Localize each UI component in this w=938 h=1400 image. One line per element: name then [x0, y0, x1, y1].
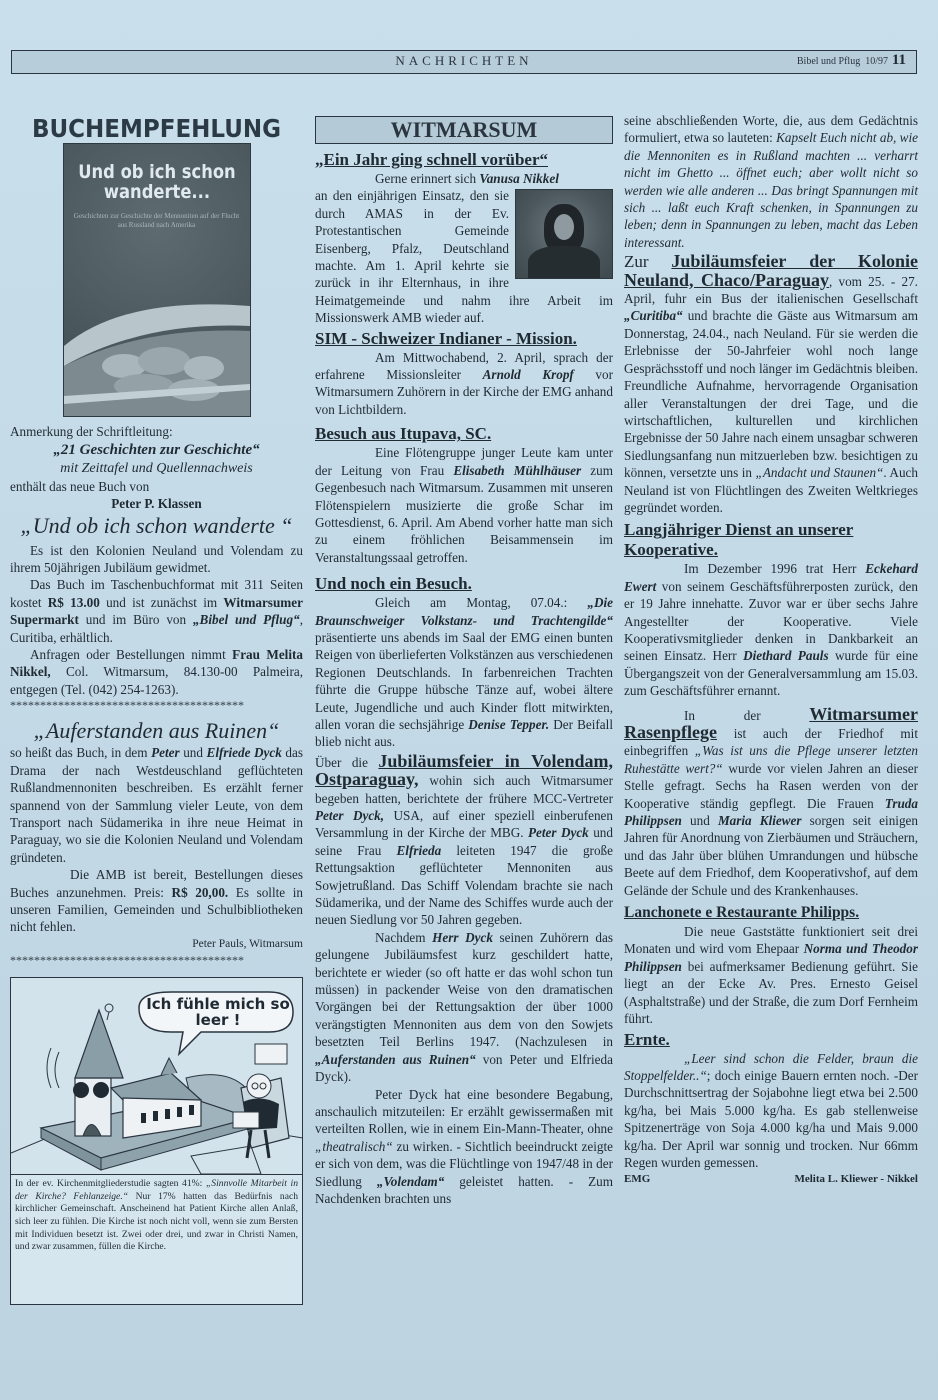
article-heading: „Ein Jahr ging schnell vorüber“	[315, 150, 613, 170]
signature-left: EMG	[624, 1171, 650, 1188]
article-paragraph: seine abschließenden Worte, die, aus dem…	[624, 112, 918, 251]
article-heading: Besuch aus Itupava, SC.	[315, 424, 613, 444]
signature-right: Melita L. Kliewer - Nikkel	[794, 1171, 918, 1188]
article-paragraph: Eine Flötengruppe junger Leute kam unter…	[315, 444, 613, 566]
book-paragraph: Anfragen oder Bestellungen nimmt Frau Me…	[10, 646, 303, 698]
book-paragraph: Es ist den Kolonien Neuland und Volendam…	[10, 542, 303, 577]
divider-stars: ***************************************	[10, 698, 303, 712]
book-paragraph: Das Buch im Taschenbuchformat mit 311 Se…	[10, 576, 303, 646]
cover-title: Und ob ich schonwanderte...	[77, 162, 237, 202]
divider-stars: ***************************************	[10, 953, 303, 967]
column-left: BUCHEMPFEHLUNG Und ob ich schonwanderte.…	[10, 112, 303, 1305]
witmarsum-section-title: WITMARSUM	[315, 116, 613, 144]
column-right: seine abschließenden Worte, die, aus dem…	[624, 112, 918, 1189]
cover-subtitle: Geschichten zur Geschichte der Mennonite…	[74, 212, 240, 230]
article-paragraph: Nachdem Herr Dyck seinen Zuhörern das ge…	[315, 929, 613, 1086]
article-paragraph: Gerne erinnert sich Vanusa Nikkel	[315, 170, 613, 187]
book2-paragraph: Die AMB ist bereit, Bestellungen dieses …	[10, 866, 303, 936]
article-paragraph: Über die Jubiläumsfeier in Volendam, Ost…	[315, 753, 613, 929]
book-intro: enthält das neue Buch von	[10, 478, 303, 495]
book-recommendation-heading: BUCHEMPFEHLUNG	[22, 120, 292, 137]
book-title: „Und ob ich schon wanderte “	[10, 513, 303, 539]
book-cover-image: Und ob ich schonwanderte... Geschichten …	[63, 143, 251, 417]
vanusa-nikkel-photo	[515, 189, 613, 279]
speech-bubble-text: Ich fühle mich so leer !	[143, 996, 293, 1028]
publication-name: Bibel und Pflug	[797, 56, 860, 67]
article-heading: Langjähriger Dienst an unserer Kooperati…	[624, 520, 918, 560]
book-author: Peter P. Klassen	[10, 495, 303, 512]
article-heading: Ernte.	[624, 1030, 918, 1050]
book2-paragraph: so heißt das Buch, in dem Peter und Elfr…	[10, 744, 303, 866]
refugees-illustration	[64, 286, 250, 416]
article-heading: Und noch ein Besuch.	[315, 574, 613, 594]
article-paragraph: „Leer sind schon die Felder, braun die S…	[624, 1050, 918, 1172]
article-paragraph: Zur Jubiläumsfeier der Kolonie Neuland, …	[624, 253, 918, 516]
article-heading: SIM - Schweizer Indianer - Mission.	[315, 329, 613, 349]
newspaper-page: NACHRICHTEN Bibel und Pflug 10/97 11 BUC…	[0, 0, 938, 1400]
article-heading: Lanchonete e Restaurante Philipps.	[624, 903, 918, 923]
book2-signature: Peter Pauls, Witmarsum	[10, 936, 303, 953]
article-paragraph: Die neue Gaststätte funktioniert seit dr…	[624, 923, 918, 1027]
article-paragraph: Am Mittwochabend, 2. April, sprach der e…	[315, 349, 613, 419]
editor-note-label: Anmerkung der Schriftleitung:	[10, 423, 303, 440]
page-number: 11	[892, 52, 906, 69]
article-paragraph: Im Dezember 1996 trat Herr Eckehard Ewer…	[624, 560, 918, 699]
book2-title: „Auferstanden aus Ruinen“	[10, 718, 303, 744]
section-title: NACHRICHTEN	[12, 53, 916, 69]
article-paragraph: Gleich am Montag, 07.04.: „Die Braunschw…	[315, 594, 613, 751]
page-signature: EMGMelita L. Kliewer - Nikkel	[624, 1171, 918, 1188]
cartoon-caption: In der ev. Kirchenmitgliederstudie sagte…	[11, 1174, 302, 1304]
church-cartoon: Ich fühle mich so leer ! In der ev. Kirc…	[10, 977, 303, 1305]
page-header: NACHRICHTEN Bibel und Pflug 10/97 11	[11, 50, 917, 74]
column-middle: WITMARSUM „Ein Jahr ging schnell vorüber…	[315, 112, 613, 1207]
article-paragraph: Peter Dyck hat eine besondere Begabung, …	[315, 1086, 613, 1208]
issue-info: Bibel und Pflug 10/97	[797, 56, 888, 67]
book-subtitle-2: mit Zeittafel und Quellennachweis	[10, 460, 303, 478]
article-paragraph: In der Witmarsumer Rasenpflege ist auch …	[624, 706, 918, 899]
issue-number: 10/97	[865, 56, 888, 67]
book-subtitle: „21 Geschichten zur Geschichte“	[10, 441, 303, 460]
